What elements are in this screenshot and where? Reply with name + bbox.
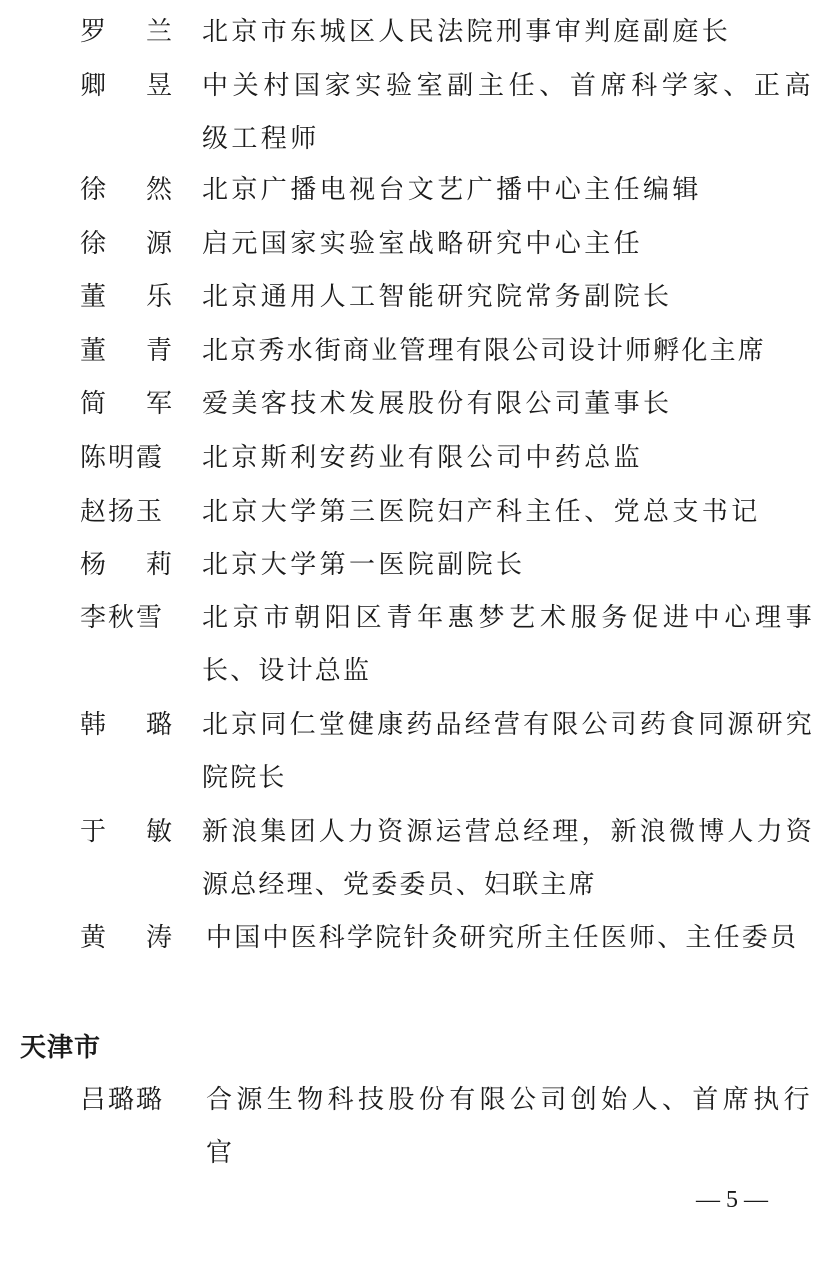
member-name: 徐 源	[80, 218, 172, 271]
member-title: 北京广播电视台文艺广播中心主任编辑	[202, 164, 814, 217]
document-page: 罗 兰 北京市东城区人民法院刑事审判庭副庭长 卿 昱 中关村国家实验室副主任、首…	[0, 0, 828, 1280]
member-name: 吕璐璐	[80, 1074, 172, 1127]
member-title: 北京斯利安药业有限公司中药总监	[202, 432, 814, 485]
member-name: 罗 兰	[80, 6, 172, 59]
name-char: 黄	[80, 912, 106, 965]
member-name: 陈明霞	[80, 432, 172, 485]
name-char: 韩	[80, 699, 106, 752]
member-name: 黄 涛	[80, 912, 172, 965]
member-name: 韩 璐	[80, 699, 172, 752]
page-number: — 5 —	[696, 1184, 768, 1216]
name-char: 于	[80, 806, 106, 859]
name-text: 李秋雪	[80, 592, 164, 645]
member-title: 北京大学第三医院妇产科主任、党总支书记	[202, 486, 814, 539]
name-char: 卿	[80, 60, 106, 113]
name-char: 敏	[146, 806, 172, 859]
name-char: 莉	[146, 539, 172, 592]
member-name: 董 乐	[80, 271, 172, 324]
name-text: 赵扬玉	[80, 486, 164, 539]
member-title: 北京大学第一医院副院长	[202, 539, 814, 592]
name-char: 军	[146, 378, 172, 431]
member-name: 徐 然	[80, 164, 172, 217]
member-name: 杨 莉	[80, 539, 172, 592]
name-char: 徐	[80, 164, 106, 217]
member-title: 合源生物科技股份有限公司创始人、首席执行官	[206, 1074, 814, 1181]
name-text: 吕璐璐	[80, 1074, 164, 1127]
member-name: 于 敏	[80, 806, 172, 859]
member-title: 新浪集团人力资源运营总经理，新浪微博人力资源总经理、党委委员、妇联主席	[202, 806, 814, 913]
member-title: 北京通用人工智能研究院常务副院长	[202, 271, 814, 324]
name-char: 青	[146, 325, 172, 378]
member-title: 北京市朝阳区青年惠梦艺术服务促进中心理事长、设计总监	[202, 592, 814, 699]
member-title: 爱美客技术发展股份有限公司董事长	[202, 378, 814, 431]
name-text: 陈明霞	[80, 432, 164, 485]
member-title: 北京同仁堂健康药品经营有限公司药食同源研究院院长	[202, 699, 814, 806]
member-title: 启元国家实验室战略研究中心主任	[202, 218, 814, 271]
name-char: 罗	[80, 6, 106, 59]
name-char: 源	[146, 218, 172, 271]
member-title: 北京秀水街商业管理有限公司设计师孵化主席	[202, 325, 814, 378]
member-name: 赵扬玉	[80, 486, 172, 539]
member-name: 简 军	[80, 378, 172, 431]
member-title: 中关村国家实验室副主任、首席科学家、正高级工程师	[202, 60, 814, 167]
name-char: 璐	[146, 699, 172, 752]
name-char: 然	[146, 164, 172, 217]
name-char: 兰	[146, 6, 172, 59]
name-char: 徐	[80, 218, 106, 271]
name-char: 董	[80, 325, 106, 378]
section-heading-tianjin: 天津市	[20, 1024, 101, 1072]
name-char: 涛	[146, 912, 172, 965]
member-name: 卿 昱	[80, 60, 172, 113]
member-name: 李秋雪	[80, 592, 172, 645]
name-char: 杨	[80, 539, 106, 592]
name-char: 董	[80, 271, 106, 324]
name-char: 乐	[146, 271, 172, 324]
name-char: 昱	[146, 60, 172, 113]
name-char: 简	[80, 378, 106, 431]
member-name: 董 青	[80, 325, 172, 378]
member-title: 中国中医科学院针灸研究所主任医师、主任委员	[206, 912, 814, 965]
member-title: 北京市东城区人民法院刑事审判庭副庭长	[202, 6, 814, 59]
